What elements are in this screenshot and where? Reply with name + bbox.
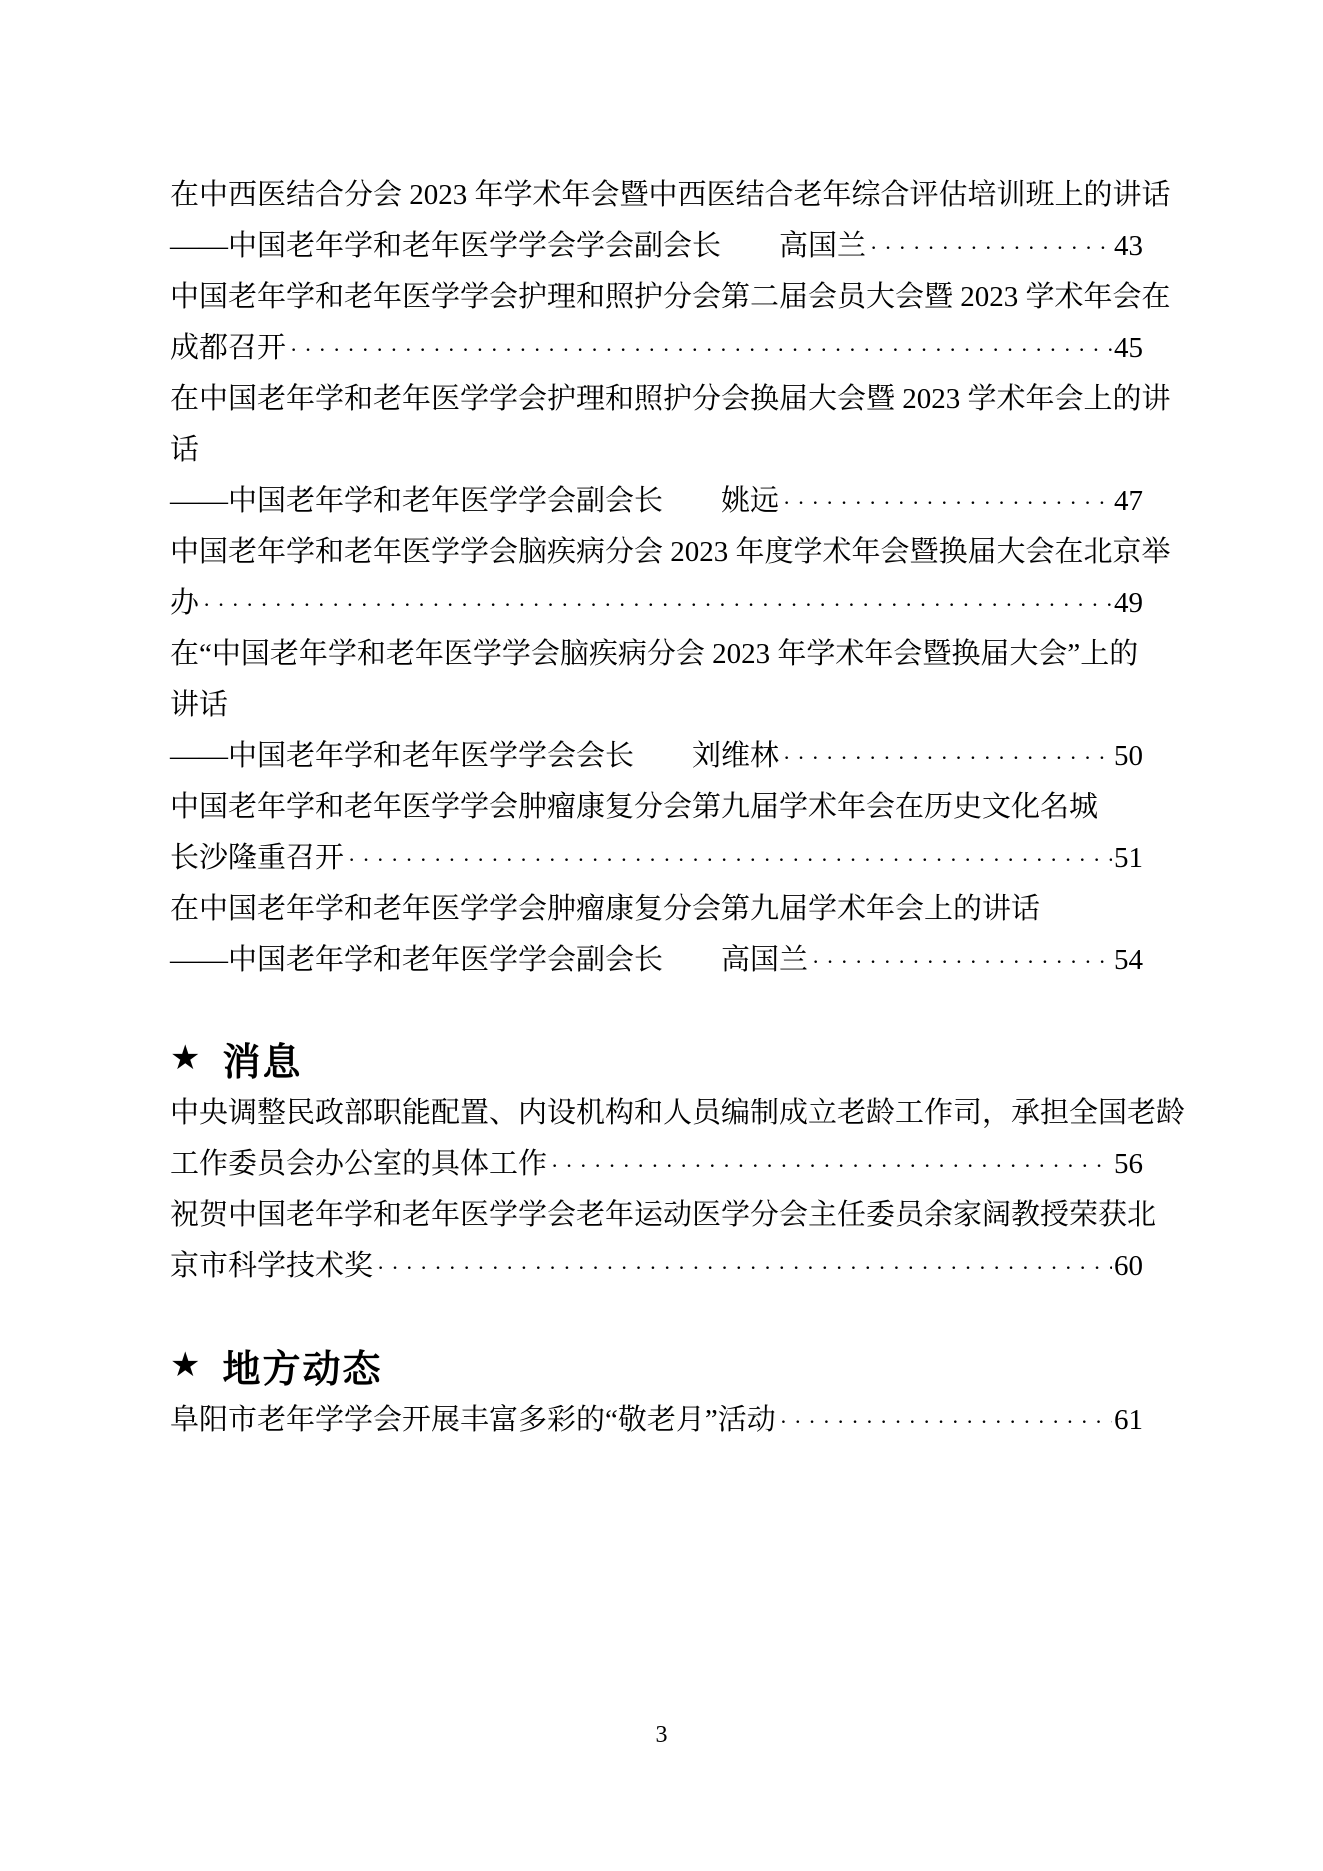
toc-line-text: 中国老年学和老年医学学会脑疾病分会 2023 年度学术年会暨换届大会在北京举 bbox=[170, 527, 1171, 578]
dot-leader: ········································… bbox=[780, 1396, 1112, 1447]
toc-line: 在中国老年学和老年医学学会肿瘤康复分会第九届学术年会上的讲话 bbox=[170, 884, 1143, 935]
dot-leader: ········································… bbox=[203, 579, 1112, 630]
toc-line-text: 长沙隆重召开 bbox=[170, 833, 344, 884]
toc-line-text: 工作委员会办公室的具体工作 bbox=[170, 1139, 547, 1190]
dot-leader: ········································… bbox=[377, 1242, 1112, 1293]
star-icon: ★ bbox=[170, 1345, 202, 1385]
toc-line: 在中国老年学和老年医学学会护理和照护分会换届大会暨 2023 学术年会上的讲 bbox=[170, 374, 1143, 425]
toc-line: 京市科学技术奖 ································… bbox=[170, 1241, 1143, 1292]
toc-line-text: 在中国老年学和老年医学学会肿瘤康复分会第九届学术年会上的讲话 bbox=[170, 884, 1040, 935]
toc-line: 中国老年学和老年医学学会脑疾病分会 2023 年度学术年会暨换届大会在北京举 bbox=[170, 527, 1143, 578]
toc-line: 在“中国老年学和老年医学学会脑疾病分会 2023 年学术年会暨换届大会”上的 bbox=[170, 629, 1143, 680]
dot-leader: ········································… bbox=[870, 222, 1112, 273]
toc-page-number: 47 bbox=[1114, 476, 1143, 527]
toc-line-text: ——中国老年学和老年医学学会会长 刘维林 bbox=[170, 731, 779, 782]
dot-leader: ········································… bbox=[551, 1140, 1112, 1191]
toc-line: ——中国老年学和老年医学学会学会副会长 高国兰 ················… bbox=[170, 221, 1143, 272]
toc-page-number: 51 bbox=[1114, 833, 1143, 884]
toc-page-number: 50 bbox=[1114, 731, 1143, 782]
toc-line-text: 在中国老年学和老年医学学会护理和照护分会换届大会暨 2023 学术年会上的讲 bbox=[170, 374, 1171, 425]
toc-line-text: 阜阳市老年学学会开展丰富多彩的“敬老月”活动 bbox=[170, 1395, 776, 1446]
section-header-local-news: ★ 地方动态 bbox=[170, 1335, 1143, 1395]
toc-line: 办 ······································… bbox=[170, 578, 1143, 629]
toc-line: 长沙隆重召开 ·································… bbox=[170, 833, 1143, 884]
toc-line: 讲话 bbox=[170, 680, 1143, 731]
toc-line-text: 在“中国老年学和老年医学学会脑疾病分会 2023 年学术年会暨换届大会”上的 bbox=[170, 629, 1138, 680]
toc-line-text: 成都召开 bbox=[170, 323, 286, 374]
toc-line: 在中西医结合分会 2023 年学术年会暨中西医结合老年综合评估培训班上的讲话 bbox=[170, 170, 1143, 221]
toc-line-text: 办 bbox=[170, 578, 199, 629]
toc-page-number: 56 bbox=[1114, 1139, 1143, 1190]
dot-leader: ········································… bbox=[348, 834, 1112, 885]
toc-page-number: 60 bbox=[1114, 1241, 1143, 1292]
toc-line: 阜阳市老年学学会开展丰富多彩的“敬老月”活动 ·················… bbox=[170, 1395, 1143, 1446]
toc-content: 在中西医结合分会 2023 年学术年会暨中西医结合老年综合评估培训班上的讲话 —… bbox=[170, 170, 1143, 1446]
dot-leader: ········································… bbox=[290, 324, 1112, 375]
toc-line: 成都召开 ···································… bbox=[170, 323, 1143, 374]
toc-line-text: ——中国老年学和老年医学学会学会副会长 高国兰 bbox=[170, 221, 866, 272]
toc-line: 话 bbox=[170, 425, 1143, 476]
toc-line: 中央调整民政部职能配置、内设机构和人员编制成立老龄工作司，承担全国老龄 bbox=[170, 1088, 1143, 1139]
footer-page-number: 3 bbox=[0, 1722, 1323, 1749]
section-header-news: ★ 消息 bbox=[170, 1028, 1143, 1088]
toc-line: ——中国老年学和老年医学学会副会长 高国兰 ··················… bbox=[170, 935, 1143, 986]
toc-line-text: ——中国老年学和老年医学学会副会长 高国兰 bbox=[170, 935, 808, 986]
toc-line-text: 京市科学技术奖 bbox=[170, 1241, 373, 1292]
toc-page-number: 54 bbox=[1114, 935, 1143, 986]
document-page: 在中西医结合分会 2023 年学术年会暨中西医结合老年综合评估培训班上的讲话 —… bbox=[0, 0, 1323, 1871]
toc-page-number: 43 bbox=[1114, 221, 1143, 272]
star-icon: ★ bbox=[170, 1038, 202, 1078]
toc-page-number: 49 bbox=[1114, 578, 1143, 629]
toc-line: 中国老年学和老年医学学会护理和照护分会第二届会员大会暨 2023 学术年会在 bbox=[170, 272, 1143, 323]
toc-line-text: 在中西医结合分会 2023 年学术年会暨中西医结合老年综合评估培训班上的讲话 bbox=[170, 170, 1171, 221]
toc-line-text: 中国老年学和老年医学学会肿瘤康复分会第九届学术年会在历史文化名城 bbox=[170, 782, 1098, 833]
toc-line-text: 话 bbox=[170, 425, 199, 476]
toc-line-text: 中央调整民政部职能配置、内设机构和人员编制成立老龄工作司，承担全国老龄 bbox=[170, 1088, 1185, 1139]
toc-line-text: 祝贺中国老年学和老年医学学会老年运动医学分会主任委员余家阔教授荣获北 bbox=[170, 1190, 1156, 1241]
toc-line: 工作委员会办公室的具体工作 ··························… bbox=[170, 1139, 1143, 1190]
toc-line-text: ——中国老年学和老年医学学会副会长 姚远 bbox=[170, 476, 779, 527]
toc-line: 中国老年学和老年医学学会肿瘤康复分会第九届学术年会在历史文化名城 bbox=[170, 782, 1143, 833]
toc-page-number: 45 bbox=[1114, 323, 1143, 374]
toc-line-text: 中国老年学和老年医学学会护理和照护分会第二届会员大会暨 2023 学术年会在 bbox=[170, 272, 1171, 323]
section-title: 地方动态 bbox=[222, 1338, 382, 1393]
dot-leader: ········································… bbox=[812, 936, 1112, 987]
dot-leader: ········································… bbox=[783, 477, 1112, 528]
dot-leader: ········································… bbox=[783, 732, 1112, 783]
toc-line: ——中国老年学和老年医学学会副会长 姚远 ···················… bbox=[170, 476, 1143, 527]
toc-line: ——中国老年学和老年医学学会会长 刘维林 ···················… bbox=[170, 731, 1143, 782]
toc-line-text: 讲话 bbox=[170, 680, 228, 731]
section-title: 消息 bbox=[222, 1031, 302, 1086]
toc-line: 祝贺中国老年学和老年医学学会老年运动医学分会主任委员余家阔教授荣获北 bbox=[170, 1190, 1143, 1241]
toc-page-number: 61 bbox=[1114, 1395, 1143, 1446]
